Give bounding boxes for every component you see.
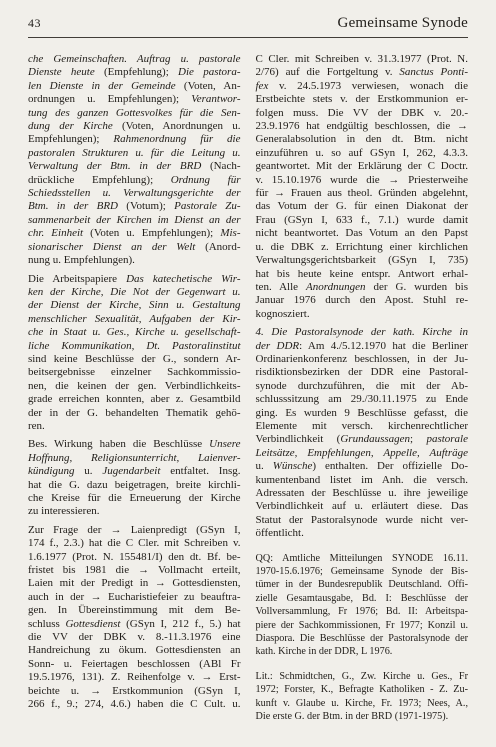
text-line: nen, die keinen der gen. Verbindlichkeit… [28,380,241,393]
text-segment: ordnungen u. Empfehlungen); [28,93,191,105]
text-line: dung der Kirche (Voten, Anordnungen u. [28,120,241,133]
text-line: kunft v. Glaube u. Kirche, Fr. 1973; Nee… [256,697,469,710]
text-line: kündigung u. Jugendarbeit entfaltet. Ins… [28,465,241,478]
text-line: der Dienst der Kirche, Sinn u. Gestaltun… [28,299,241,312]
italic-text-segment: Jugendarbeit [102,465,170,477]
text-line: che in Staat u. Ges., Kirche u. gesellsc… [28,326,241,339]
text-segment: kath. Kirche in der DDR, L 1976. [256,646,393,657]
text-segment: Frau (GSyn I, 633 f., 7.1.) wurde damit [256,214,469,226]
text-line: Die Arbeitspapiere Das katechetische Wir… [28,273,241,286]
text-segment: Empfehlungen); [28,133,113,145]
text-line: 2/76) auf die Fortgeltung v. Sanctus Pon… [256,66,469,79]
text-line: schluss Gottesdienst (GSyn I, 212 f., 5.… [28,618,241,631]
italic-text-segment: sammenarbeit der Kirchen im Dienst an de… [28,214,241,226]
text-segment: C Cler. mit Schreiben v. 31.3.1977 (Prot… [256,53,469,65]
text-segment: grade erreichen konnten, aber z. Gesamtb… [28,393,241,405]
paragraph: QQ: Amtliche Mitteilungen SYNODE 16.11.1… [256,552,469,659]
text-line: Generalabsolution in den dt. Btm. nicht [256,133,469,146]
text-segment: zielle Gesamtausgabe, Bd. I: Beschlüsse … [256,593,469,604]
text-line: drückliche Empfehlung); Ordnung für [28,174,241,187]
text-segment: nicht beantwortet. Das Votum an den Paps… [256,227,469,239]
text-segment: Laien mit der Predigt in → Gottesdienste… [28,577,241,589]
paragraph: che Gemeinschaften. Auftrag u. pastorale… [28,53,241,268]
text-line: Verbindlichkeit (Grundaussagen; pastoral… [256,433,469,446]
text-segment: risdiktionsbezirken der DDR eine Pastora… [256,366,469,378]
paragraph: Die Arbeitspapiere Das katechetische Wir… [28,273,241,434]
text-segment: nung u. Empfehlungen). [28,254,135,266]
text-segment: che Kreise für die Erneuerung der Kirche [28,492,241,504]
text-segment: schlusssitzung am 29./30.11.1975 zu Ende [256,393,469,405]
text-segment: Die Arbeitspapiere [28,273,126,285]
text-segment: (Votum); [126,200,174,212]
text-line: folgen muss. Die VV der DBK v. 20.- [256,107,469,120]
text-segment: ging. Es wurden 9 Beschlüsse gefasst, di… [256,407,469,419]
text-segment: der in der G. behandelten Thematik gehö- [28,407,241,419]
text-segment: piere der Sachkommissionen, Fr 1977; Kon… [256,620,469,631]
italic-text-segment: Grundaussagen [340,433,410,445]
italic-text-segment: Gottesdienst [65,618,126,630]
text-line: len Dienste in der Gemeinde (Voten, An- [28,80,241,93]
text-segment: ) enthalten. Der offizielle Do- [312,460,468,472]
text-line: Zur Frage der → Laienpredigt (GSyn I, [28,524,241,537]
text-line: ken der Kirche, Die Not der Gegenwart u. [28,286,241,299]
text-segment: kumentenband listet im Anh. die versch. [256,474,469,486]
text-line: Verwaltung der Btm. in der BRD (Nach- [28,160,241,173]
text-segment: Verbindlichkeit ( [256,433,341,445]
text-line: die VV der DBK v. 8.-11.3.1976 eine [28,631,241,644]
text-segment: zu interessieren. [28,505,99,517]
italic-text-segment: Verantwor- [191,93,240,105]
text-line: kognosziert. [256,308,469,321]
text-segment: tümer in der Bundesrepublik Deutschland.… [256,579,469,590]
text-line: Verbindlichkeit auf u. erläutert diese. … [256,500,469,513]
text-segment: Ordinarienkonferenz beschlossen, in der … [256,353,469,365]
text-line: pastoralen Strukturen u. für die Leitung… [28,147,241,160]
text-segment: Statut der Pastoralsynode wurde nicht ve… [256,514,469,526]
italic-text-segment: dung der Kirche [28,120,122,132]
text-line: fex v. 24.5.1973 verwiesen, wonach die [256,80,469,93]
text-line: hat die G. dazu beigetragen, breite kirc… [28,479,241,492]
text-line: geantwortet. Mit der Erklärung der C Doc… [256,160,469,173]
text-segment: (Voten u. Empfehlungen); [90,227,220,239]
text-columns: che Gemeinschaften. Auftrag u. pastorale… [28,53,468,729]
italic-text-segment: Verwaltung der Btm. in der BRD [28,160,210,172]
text-line: beitsergebnisse einzelner Sachkommissio- [28,366,241,379]
text-segment: u. [256,460,273,472]
text-line: der in der G. behandelten Thematik gehö- [28,407,241,420]
text-segment: auch in der → Eucharistiefeier zu beauft… [28,591,241,603]
text-line: tung des ganzen Gottesvolkes für die Sen… [28,107,241,120]
text-segment: öffentlicht. [256,527,304,539]
text-segment: fristet bis 1981 die → Vollmacht erteilt… [28,564,241,576]
text-segment: u. [84,465,102,477]
text-segment: Sonn- u. Feiertagen beschlossen (ABl Fr [28,658,241,670]
text-line: für → Frauen aus theol. Gründen abgelehn… [256,187,469,200]
text-line: che Kreise für die Erneuerung der Kirche [28,492,241,505]
text-line: Bes. Wirkung haben die Beschlüsse Unsere [28,438,241,451]
italic-text-segment: che in Staat u. Ges., Kirche u. gesellsc… [28,326,241,338]
italic-text-segment: liche Kommunikation, Dt. Pastoralinstitu… [28,340,241,352]
text-line: liche Kommunikation, Dt. Pastoralinstitu… [28,340,241,353]
italic-text-segment: len Dienste in der Gemeinde [28,80,184,92]
text-line: Die erste G. der Btm. in der BRD (1971-1… [256,710,469,723]
text-line: kumentenband listet im Anh. die versch. [256,474,469,487]
text-segment: kunft v. Glaube u. Kirche, Fr. 1973; Nee… [256,698,469,709]
text-line: auch in der → Eucharistiefeier zu beauft… [28,591,241,604]
text-segment: 23.9.1976 hat endgültig beschlossen, die… [256,120,469,132]
italic-text-segment: Dienste heute [28,66,104,78]
page-header: 43 Gemeinsame Synode [28,15,468,37]
text-line: v. 15.10.1976 wurde die → Priesterweihe [256,174,469,187]
text-segment: Zur Frage der → Laienpredigt (GSyn I, [28,524,241,536]
page-number: 43 [28,16,41,31]
text-line: 1970-15.6.1976; Gemeinsame Synode der Bi… [256,565,469,578]
text-line: nicht beantwortet. Das Votum an den Paps… [256,227,469,240]
text-segment: Vollversammlung, Fr 1976; Bd. II: Arbeit… [256,606,469,617]
text-segment: 1970-15.6.1976; Gemeinsame Synode der Bi… [256,566,469,577]
italic-text-segment: Rahmenordnung für die [113,133,240,145]
text-segment: beichte u. → Erstkommunion (GSyn I, [28,685,241,697]
text-line: Laien mit der Predigt in → Gottesdienste… [28,577,241,590]
text-line: grade erreichen konnten, aber z. Gesamtb… [28,393,241,406]
header-rule [28,37,468,38]
italic-text-segment: Anordnungen [306,281,373,293]
text-line: Statut der Pastoralsynode wurde nicht ve… [256,514,469,527]
italic-text-segment: che Gemeinschaften. Auftrag u. pastorale [28,53,241,65]
text-segment: (Anord- [205,241,240,253]
text-segment: sind keine Beschlüsse der G., sondern Ar… [28,353,241,365]
italic-text-segment: menschlicher Sexualität, Aufgaben der Ki… [28,313,241,325]
text-line: Verwaltungsgerichtsbarkeit (GSyn I, 735) [256,254,469,267]
text-segment: v. 24.5.1973 verwiesen, wonach die [279,80,468,92]
italic-text-segment: kündigung [28,465,84,477]
text-line: Elemente mit versch. kirchenrechtlicher [256,420,469,433]
italic-text-segment: ken der Kirche, Die Not der Gegenwart u. [28,286,241,298]
text-line: Handreichung zu ökum. Gottesdiensten an [28,644,241,657]
text-segment: : Am 4./5.12.1970 hat die Berliner [299,340,468,352]
text-line: kath. Kirche in der DDR, L 1976. [256,645,469,658]
italic-text-segment: Btm. in der BRD [28,200,126,212]
text-line: Frau (GSyn I, 633 f., 7.1.) wurde damit [256,214,469,227]
text-segment: 1.6.1977 (Prot. N. 155481/I) den dt. Bf.… [28,551,241,563]
text-line: zielle Gesamtausgabe, Bd. I: Beschlüsse … [256,592,469,605]
text-segment: ten. Alle [256,281,307,293]
text-line: C Cler. mit Schreiben v. 31.3.1977 (Prot… [256,53,469,66]
text-segment: Lit.: Schmidtchen, G., Zw. Kirche u. Ges… [256,671,469,682]
text-line: Dienste heute (Empfehlung); Die pastora- [28,66,241,79]
text-segment: 19.5.1976, 131). Z. Reihenfolge v. → Ers… [28,671,241,683]
text-line: tümer in der Bundesrepublik Deutschland.… [256,578,469,591]
text-line: der DDR: Am 4./5.12.1970 hat die Berline… [256,340,469,353]
text-segment: drückliche Empfehlung); [28,174,171,186]
italic-text-segment: der Dienst der Kirche, Sinn u. Gestaltun… [28,299,241,311]
text-segment: 2/76) auf die Fortgeltung v. [256,66,400,78]
text-segment: Verbindlichkeit auf u. erläutert diese. … [256,500,469,512]
italic-text-segment: Ordnung für [171,174,241,186]
text-segment: Erstbeichte stets v. der Erstkommunion e… [256,93,469,105]
text-segment: Generalabsolution in den dt. Btm. nicht [256,133,469,145]
italic-text-segment: Leitsätze, Empfehlungen, Appelle, Aufträ… [256,447,469,459]
italic-text-segment: sionarischer Dienst an der Welt [28,241,205,253]
italic-text-segment: 4. Die Pastoralsynode der kath. Kirche i… [256,326,469,338]
italic-text-segment: Schiedsstellen u. Verwaltungsgerichte de… [28,187,241,199]
italic-text-segment: Mis- [220,227,240,239]
text-line: öffentlicht. [256,527,469,540]
text-line: Erstbeichte stets v. der Erstkommunion e… [256,93,469,106]
italic-text-segment: pastoralen Strukturen u. für die Leitung… [28,147,241,159]
italic-text-segment: fex [256,80,279,92]
text-segment: kognosziert. [256,308,310,320]
text-segment: QQ: Amtliche Mitteilungen SYNODE 16.11. [256,553,469,564]
text-segment: Diaspora. Die Beschlüsse der Pastoralsyn… [256,633,469,644]
text-line: Diaspora. Die Beschlüsse der Pastoralsyn… [256,632,469,645]
text-segment: einzuführen u. so auf GSyn I, 262, 4.3.3… [256,147,469,159]
text-line: 19.5.1976, 131). Z. Reihenfolge v. → Ers… [28,671,241,684]
text-line: u. die DBK z. Errichtung einer kirchlich… [256,241,469,254]
text-segment: 174 f., 2.3.) hat die C Cler. mit Schrei… [28,537,241,549]
text-line: ten. Alle Anordnungen der G. wurden bis [256,281,469,294]
text-line: 266 f., 9.; 274, 4.6.) haben die C Cult.… [28,698,241,711]
text-line: synode durchzuführen, die mit der Ab- [256,380,469,393]
text-segment: Verwaltungsgerichtsbarkeit (GSyn I, 735) [256,254,469,266]
italic-text-segment: Wünsche [273,460,313,472]
text-line: u. Wünsche) enthalten. Der offizielle Do… [256,460,469,473]
text-line: 1972; Forster, K., Befragte Katholiken -… [256,683,469,696]
text-segment: Die erste G. der Btm. in der BRD (1971-1… [256,711,449,722]
text-segment: (Voten, Anordnungen u. [122,120,241,132]
text-line: ging. Es wurden 9 Beschlüsse gefasst, di… [256,407,469,420]
text-segment: Bes. Wirkung haben die Beschlüsse [28,438,209,450]
text-line: Januar 1976 durch den Apost. Stuhl re- [256,294,469,307]
text-line: menschlicher Sexualität, Aufgaben der Ki… [28,313,241,326]
italic-text-segment: der DDR [256,340,300,352]
text-segment: (Voten, An- [184,80,241,92]
text-line: gen. In Übereinstimmung mit dem Be- [28,604,241,617]
italic-text-segment: Das katechetische Wir- [126,273,240,285]
text-line: sind keine Beschlüsse der G., sondern Ar… [28,353,241,366]
text-segment: u. die DBK z. Errichtung einer kirchlich… [256,241,469,253]
text-line: Hoffnung, Religionsunterricht, Laienver- [28,452,241,465]
text-line: das Votum der G. für einen Diakonat der [256,200,469,213]
paragraph: C Cler. mit Schreiben v. 31.3.1977 (Prot… [256,53,469,321]
text-line: sionarischer Dienst an der Welt (Anord- [28,241,241,254]
text-segment: schluss [28,618,65,630]
italic-text-segment: Hoffnung, Religionsunterricht, Laienver- [28,452,241,464]
text-segment: (GSyn I, 212 f., 5.) hat [126,618,240,630]
text-line: Sonn- u. Feiertagen beschlossen (ABl Fr [28,658,241,671]
italic-text-segment: chr. Einheit [28,227,90,239]
text-segment: für → Frauen aus theol. Gründen abgelehn… [256,187,469,199]
running-title: Gemeinsame Synode [338,15,468,32]
text-line: che Gemeinschaften. Auftrag u. pastorale [28,53,241,66]
text-segment: synode durchzuführen, die mit der Ab- [256,380,469,392]
italic-text-segment: Unsere [209,438,240,450]
text-segment: 1972; Forster, K., Befragte Katholiken -… [256,684,469,695]
right-column: C Cler. mit Schreiben v. 31.3.1977 (Prot… [256,53,469,729]
left-column: che Gemeinschaften. Auftrag u. pastorale… [28,53,241,729]
text-segment: folgen muss. Die VV der DBK v. 20.- [256,107,469,119]
paragraph: 4. Die Pastoralsynode der kath. Kirche i… [256,326,469,541]
text-segment: (Nach- [210,160,241,172]
text-segment: Elemente mit versch. kirchenrechtlicher [256,420,469,432]
text-line: Empfehlungen); Rahmenordnung für die [28,133,241,146]
paragraph: Bes. Wirkung haben die Beschlüsse Unsere… [28,438,241,518]
text-line: Ordinarienkonferenz beschlossen, in der … [256,353,469,366]
text-line: 174 f., 2.3.) hat die C Cler. mit Schrei… [28,537,241,550]
text-line: Adressaten der Beschlüsse u. ihre jeweil… [256,487,469,500]
text-line: einzuführen u. so auf GSyn I, 262, 4.3.3… [256,147,469,160]
text-line: risdiktionsbezirken der DDR eine Pastora… [256,366,469,379]
text-segment: nen, die keinen der gen. Verbindlichkeit… [28,380,241,392]
text-line: piere der Sachkommissionen, Fr 1977; Kon… [256,619,469,632]
text-segment: geantwortet. Mit der Erklärung der C Doc… [256,160,469,172]
text-line: Leitsätze, Empfehlungen, Appelle, Aufträ… [256,447,469,460]
text-line: fristet bis 1981 die → Vollmacht erteilt… [28,564,241,577]
italic-text-segment: Die pastora- [178,66,240,78]
text-segment: v. 15.10.1976 wurde die → Priesterweihe [256,174,469,186]
text-line: 1.6.1977 (Prot. N. 155481/I) den dt. Bf.… [28,551,241,564]
italic-text-segment: Sanctus Ponti- [399,66,468,78]
italic-text-segment: tung des ganzen Gottesvolkes für die Sen… [28,107,241,119]
italic-text-segment: Pastorale Zu- [174,200,240,212]
text-line: 23.9.1976 hat endgültig beschlossen, die… [256,120,469,133]
text-segment: Januar 1976 durch den Apost. Stuhl re- [256,294,469,306]
text-segment: der G. wurden bis [373,281,468,293]
text-line: 4. Die Pastoralsynode der kath. Kirche i… [256,326,469,339]
text-line: ren. [28,420,241,433]
text-line: chr. Einheit (Voten u. Empfehlungen); Mi… [28,227,241,240]
text-line: zu interessieren. [28,505,241,518]
text-line: sammenarbeit der Kirchen im Dienst an de… [28,214,241,227]
text-segment: entfaltet. Insg. [170,465,240,477]
text-line: ordnungen u. Empfehlungen); Verantwor- [28,93,241,106]
text-segment: hat die G. dazu beigetragen, breite kirc… [28,479,241,491]
text-line: Vollversammlung, Fr 1976; Bd. II: Arbeit… [256,605,469,618]
text-segment: das Votum der G. für einen Diakonat der [256,200,469,212]
text-segment: (Empfehlung); [104,66,178,78]
text-line: Btm. in der BRD (Votum); Pastorale Zu- [28,200,241,213]
text-line: hat bis heute keine entspr. Antwort erha… [256,268,469,281]
text-segment: 266 f., 9.; 274, 4.6.) haben die C Cult.… [28,698,241,710]
text-line: Lit.: Schmidtchen, G., Zw. Kirche u. Ges… [256,670,469,683]
text-line: Schiedsstellen u. Verwaltungsgerichte de… [28,187,241,200]
text-segment: gen. In Übereinstimmung mit dem Be- [28,604,241,616]
text-line: schlusssitzung am 29./30.11.1975 zu Ende [256,393,469,406]
text-segment: Handreichung zu ökum. Gottesdiensten an [28,644,241,656]
text-segment: ; [410,433,426,445]
italic-text-segment: pastorale [426,433,468,445]
text-line: nung u. Empfehlungen). [28,254,241,267]
paragraph: Lit.: Schmidtchen, G., Zw. Kirche u. Ges… [256,670,469,724]
text-segment: Adressaten der Beschlüsse u. ihre jeweil… [256,487,469,499]
text-segment: die VV der DBK v. 8.-11.3.1976 eine [28,631,241,643]
text-line: beichte u. → Erstkommunion (GSyn I, [28,685,241,698]
text-segment: beitsergebnisse einzelner Sachkommissio- [28,366,241,378]
text-segment: hat bis heute keine entspr. Antwort erha… [256,268,469,280]
text-line: QQ: Amtliche Mitteilungen SYNODE 16.11. [256,552,469,565]
text-segment: ren. [28,420,45,432]
book-page: 43 Gemeinsame Synode che Gemeinschaften.… [0,0,496,747]
paragraph: Zur Frage der → Laienpredigt (GSyn I,174… [28,524,241,712]
